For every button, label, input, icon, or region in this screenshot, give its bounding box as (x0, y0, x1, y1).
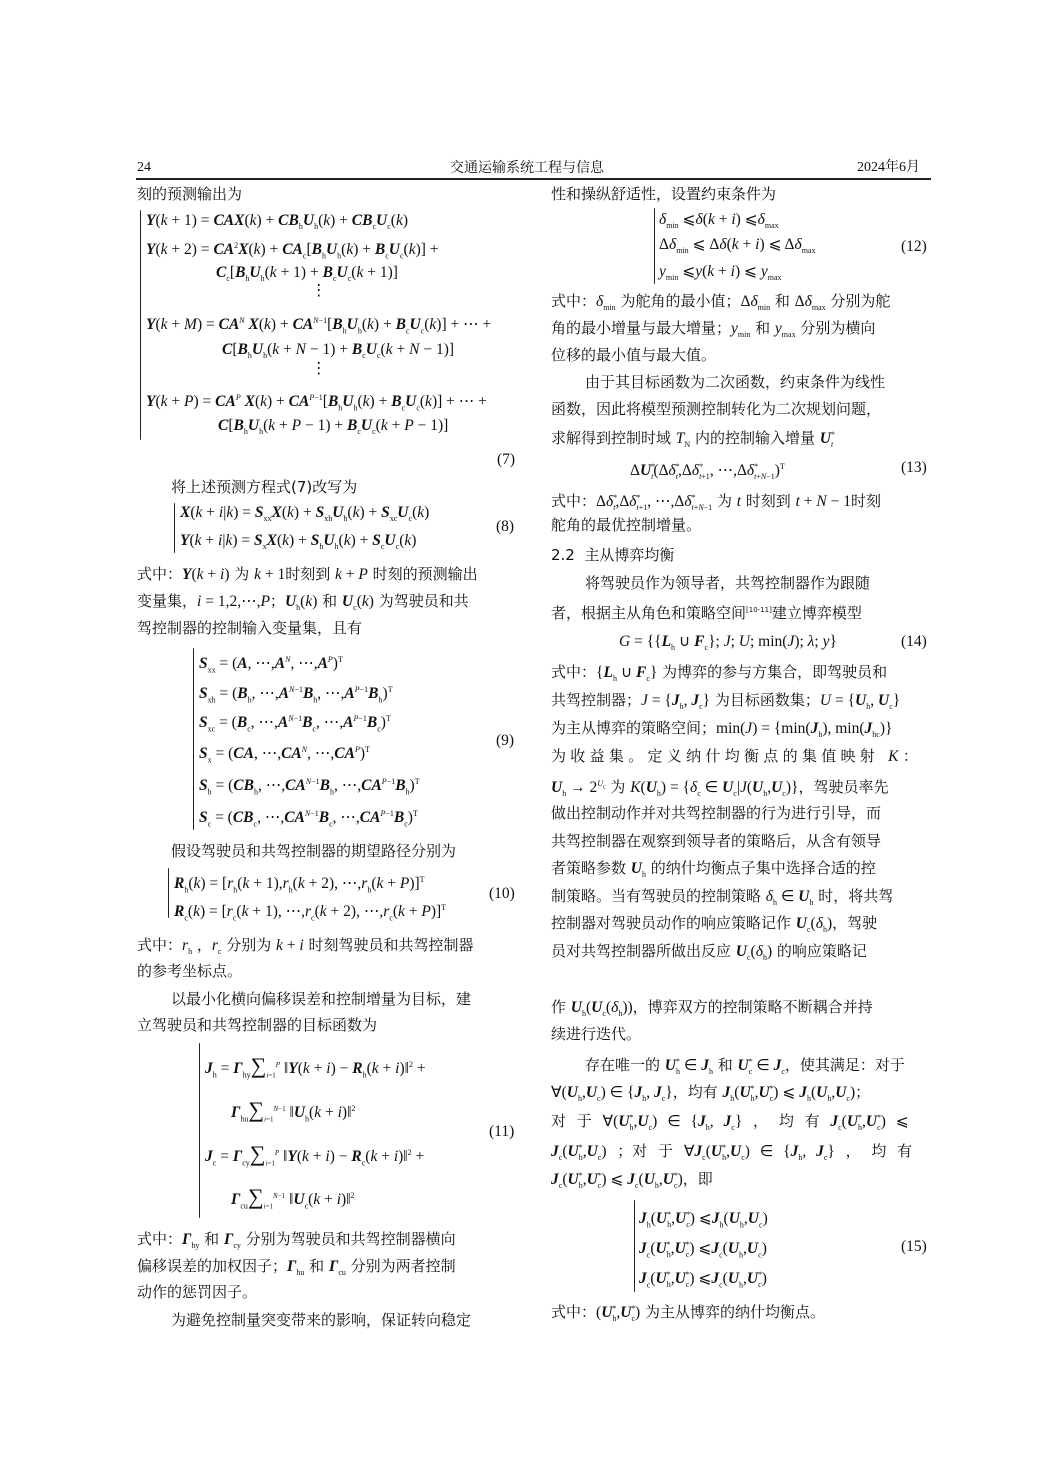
eq12-number: (12) (901, 237, 927, 257)
eq7-line-5: C[BhUh(k + N − 1) + BcUc(k + N − 1)] (222, 340, 454, 366)
eq7-number: (7) (497, 450, 515, 470)
eq7-line-6: Y(k + P) = CAP X(k) + CAP−1[BhUh(k) + Bc… (146, 388, 487, 418)
eq15-line-2: Jc(U*h,U*c) ⩽Jc(Uh,Uc) (639, 1235, 767, 1265)
eq12-brace (654, 208, 655, 284)
eq13-line: ΔU*t(Δδ*t,Δδ*t+1, ⋯,Δδ*t+N−1)T (630, 457, 785, 487)
eq8-line-2: Y(k + i|k) = SxX(k) + ShUh(k) + ScUc(k) (180, 531, 416, 557)
eq13-number: (13) (901, 458, 927, 478)
paragraph-unique-line-3: 对 于 ∀(U*h,Uc) ∈ {Jh, Jc} ， 均 有 Jc(U*h,U*… (551, 1108, 909, 1138)
paragraph-where8-line-1: 式中：Y(k + i) 为 k + 1时刻到 k + P 时刻的预测输出 (137, 564, 478, 585)
eq9-line-2: Sxh = (Bh, ⋯,AN−1Bh, ⋯,AP−1Bh)T (199, 680, 393, 710)
eq10-line-2: Rc(k) = [rc(k + 1), ⋯,rc(k + 2), ⋯,rc(k … (174, 898, 446, 928)
paragraph-where8-line-3: 驾控制器的控制输入变量集，且有 (137, 618, 362, 638)
eq11-brace (199, 1043, 200, 1218)
paragraph-where15: 式中：(U*h,U*c) 为主从博弈的纳什均衡点。 (551, 1299, 825, 1329)
eq15-brace (634, 1200, 635, 1292)
eq10-number: (10) (489, 884, 515, 904)
eq12-line-1: δmin ⩽δ(k + i) ⩽δmax (659, 210, 779, 236)
eq15-number: (15) (901, 1237, 927, 1257)
paragraph-where12-line-2: 角的最小增量与最大增量；ymin 和 ymax 分别为横向 (551, 318, 875, 345)
eq15-line-1: Jh(U*h,U*c) ⩽Jh(Uh,Uc) (639, 1205, 768, 1235)
eq11-line-3: Jc = Γcy∑i=1P ‖Y(k + i) − Rc(k + i)‖2 + (205, 1143, 424, 1173)
paragraph-qp-line-2: 函数，因此将模型预测控制转化为二次规划问题， (551, 399, 881, 419)
paragraph-continued: 性和操纵舒适性，设置约束条件为 (551, 184, 776, 204)
paragraph-where10-line-1: 式中：rh ，rc 分别为 k + i 时刻驾驶员和共驾控制器 (137, 935, 473, 962)
eq11-line-4: Γcu∑i=1N−1 ‖Uc(k + i)‖2 (231, 1186, 355, 1216)
section-title: 主从博弈均衡 (584, 546, 674, 564)
paragraph-unique-line-1: 存在唯一的 U*h ∈ Jh 和 U*c ∈ Jc，使其满足：对于 (585, 1052, 905, 1082)
eq9-line-5: Sh = (CBh, ⋯,CAN−1Bh, ⋯,CAP−1Bh)T (199, 772, 420, 802)
eq11-number: (11) (489, 1122, 514, 1142)
paragraph-where10-line-2: 的参考坐标点。 (137, 961, 242, 981)
paragraph-where8-line-2: 变量集，i = 1,2,⋯,P；Uh(k) 和 Uc(k) 为驾驶员和共 (137, 591, 469, 618)
paragraph-qp-line-1: 由于其目标函数为二次函数，约束条件为线性 (585, 372, 885, 392)
paragraph-qp-line-3: 求解得到控制时域 TN 内的控制输入增量 U*t (551, 425, 833, 455)
paragraph-rewrite: 将上述预测方程式(7)改写为 (171, 477, 357, 497)
paragraph-paths: 假设驾驶员和共驾控制器的期望路径分别为 (171, 841, 456, 861)
paragraph-where14-line-9: 制策略。当有驾驶员的控制策略 δh ∈ Uh 时，将共驾 (551, 886, 893, 913)
paragraph-where12-line-1: 式中：δmin 为舵角的最小值；Δδmin 和 Δδmax 分别为舵 (551, 291, 890, 318)
eq7-line-3: Cc[BhUh(k + 1) + BcUc(k + 1)] (216, 263, 398, 289)
eq7-line-1: Y(k + 1) = CAX(k) + CBhUh(k) + CBcUc(k) (146, 211, 408, 237)
eq8-brace (174, 503, 175, 553)
eq12-line-3: ymin ⩽y(k + i) ⩽ ymax (659, 262, 782, 288)
paragraph-where13-line-2: 舵角的最优控制增量。 (551, 515, 701, 535)
eq7-line-7: C[BhUh(k + P − 1) + BcUc(k + P − 1)] (218, 416, 448, 442)
paragraph-where14-line-3: 为主从博弈的策略空间；min(J) = {min(Jh), min(Jhc)} (551, 718, 892, 745)
eq10-line-1: Rh(k) = [rh(k + 1),rh(k + 2), ⋯,rh(k + P… (174, 870, 425, 900)
eq8-line-1: X(k + i|k) = SxxX(k) + SxhUh(k) + SxcUc(… (180, 503, 429, 529)
paragraph-where14-line-4: 为收益集。定义纳什均衡点的集值映射 K： (551, 746, 922, 767)
paragraph-objective-line-2: 立驾驶员和共驾控制器的目标函数为 (137, 1015, 377, 1035)
paragraph-where11-line-1: 式中：Γhy 和 Γcy 分别为驾驶员和共驾控制器横向 (137, 1229, 456, 1256)
paragraph-where11-line-3: 动作的惩罚因子。 (137, 1282, 257, 1302)
eq9-line-3: Sxc = (Bc, ⋯,AN−1Bc, ⋯,AP−1Bc)T (199, 709, 391, 739)
issue-date: 2024年6月 (857, 159, 920, 177)
eq9-brace (193, 648, 194, 830)
eq9-line-1: Sxx = (A, ⋯,AN, ⋯,AP)T (199, 650, 343, 680)
eq7-brace (140, 210, 141, 440)
intro-line: 刻的预测输出为 (137, 184, 242, 204)
header-rule (136, 178, 931, 180)
paragraph-unique-line-5: Jc(U*h,U*c) ⩽ Jc(Uh,U*c)，即 (551, 1166, 713, 1196)
eq8-number: (8) (496, 517, 514, 537)
eq10-brace (168, 868, 169, 918)
eq7-line-4: Y(k + M) = CAN X(k) + CAN−1[BhUh(k) + Bc… (146, 311, 491, 341)
paragraph-unique-line-2: ∀(Uh,Uc) ∈ {Jh, Jc}，均有 Jh(U*h,U*c) ⩽ Jh(… (551, 1079, 870, 1109)
paragraph-where14-line-13: 续进行迭代。 (551, 1024, 641, 1044)
paragraph-where14-line-5: Uh → 2Uc 为 K(Uh) = {δc ∈ Uc|J(Uh,Uc)}，驾驶… (551, 774, 888, 804)
paragraph-where11-line-2: 偏移误差的加权因子；Γhu 和 Γcu 分别为两者控制 (137, 1256, 456, 1283)
paragraph-leader-line-2: 者，根据主从角色和策略空间[10-11]建立博弈模型 (551, 600, 862, 623)
paragraph-where14-line-11: 员对共驾控制器所做出反应 Uc(δh) 的响应策略记 (551, 941, 867, 968)
paragraph-where14-line-8: 者策略参数 Uh 的纳什均衡点子集中选择合适的控 (551, 858, 876, 885)
eq9-line-4: Sx = (CA, ⋯,CAN, ⋯,CAP)T (199, 740, 370, 770)
paragraph-where14-line-12: 作 Uh(Uc(δh))，博弈双方的控制策略不断耦合并持 (551, 997, 873, 1024)
paragraph-where12-line-3: 位移的最小值与最大值。 (551, 345, 716, 365)
journal-title: 交通运输系统工程与信息 (450, 159, 604, 177)
paragraph-leader-line-1: 将驾驶员作为领导者，共驾控制器作为跟随 (585, 573, 870, 593)
paragraph-avoid: 为避免控制量突变带来的影响，保证转向稳定 (171, 1310, 471, 1330)
section-heading: 2.2 主从博弈均衡 (551, 545, 674, 565)
eq14-number: (14) (901, 632, 927, 652)
citation-link[interactable]: [10-11] (746, 606, 772, 614)
paragraph-where14-line-7: 共驾控制器在观察到领导者的策略后，从含有领导 (551, 831, 881, 851)
eq12-line-2: Δδmin ⩽ Δδ(k + i) ⩽ Δδmax (659, 235, 815, 261)
eq11-line-1: Jh = Γhy∑i=1P ‖Y(k + i) − Rh(k + i)‖2 + (205, 1055, 426, 1085)
paragraph-where14-line-1: 式中：{Lh ∪ Fc} 为博弈的参与方集合，即驾驶员和 (551, 662, 887, 689)
page-number: 24 (137, 159, 151, 177)
paragraph-where14-line-6: 做出控制动作并对共驾控制器的行为进行引导，而 (551, 803, 881, 823)
eq7-vdots-2: ⋮ (311, 365, 327, 373)
section-number: 2.2 (551, 546, 575, 564)
paragraph-where14-line-10: 控制器对驾驶员动作的响应策略记作 Uc(δh)，驾驶 (551, 913, 877, 940)
eq9-line-6: Sc = (CBc, ⋯,CAN−1Bc, ⋯,CAP−1Bc)T (199, 804, 418, 834)
paragraph-where14-line-2: 共驾控制器；J = {Jh, Jc} 为目标函数集；U = {Uh, Uc} (551, 690, 900, 717)
paragraph-objective-line-1: 以最小化横向偏移误差和控制增量为目标，建 (171, 989, 471, 1009)
eq9-number: (9) (496, 731, 514, 751)
eq7-line-2: Y(k + 2) = CA2X(k) + CAc[BhUh(k) + BcUc(… (146, 236, 439, 266)
eq15-line-3: Jc(U*h,U*c) ⩽Jc(Uh,U*c) (639, 1265, 767, 1295)
eq14-line: G = {{Lh ∪ Fc}; J; U; min(J); λ; y} (619, 632, 837, 658)
eq7-vdots-1: ⋮ (311, 287, 327, 295)
paragraph-where13-line-1: 式中：Δδ*t,Δδ*t+1, ⋯,Δδ*t+N−1 为 t 时刻到 t + N… (551, 488, 881, 518)
paragraph-unique-line-4: Jc(U*h,Uc) ；对 于 ∀Jc(U*h,Uc) ∈ {Jh, Jc} ，… (551, 1138, 912, 1168)
eq11-line-2: Γhu∑i=1N−1 ‖Uh(k + i)‖2 (231, 1099, 355, 1129)
